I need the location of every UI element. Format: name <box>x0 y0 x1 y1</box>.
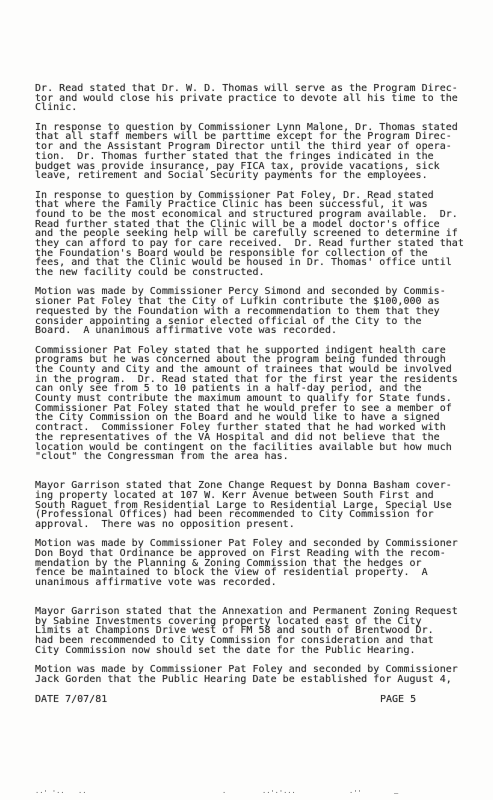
scan-artifact: – <box>394 789 398 797</box>
document-body: Dr. Read stated that Dr. W. D. Thomas wi… <box>35 84 469 705</box>
footer-page-number: PAGE 5 <box>380 695 416 705</box>
paragraph-motion-hearing-date: Motion was made by Commissioner Pat Fole… <box>35 665 469 684</box>
scan-artifact: ·'' <box>349 789 362 797</box>
scanned-minutes-page: Dr. Read stated that Dr. W. D. Thomas wi… <box>0 0 493 800</box>
paragraph-annexation: Mayor Garrison stated that the Annexatio… <box>35 607 469 656</box>
paragraph-motion-first-reading: Motion was made by Commissioner Pat Fole… <box>35 539 469 588</box>
paragraph-clinic-director: Dr. Read stated that Dr. W. D. Thomas wi… <box>35 84 469 113</box>
page-footer: DATE 7/07/81 PAGE 5 <box>35 695 469 705</box>
scan-artifact: · <box>222 789 226 797</box>
paragraph-foley-concerns: Commissioner Pat Foley stated that he su… <box>35 346 469 462</box>
paragraph-foley-question: In response to question by Commissioner … <box>35 191 469 278</box>
scan-artifact: ··' '·· <box>35 789 65 797</box>
paragraph-staffing: In response to question by Commissioner … <box>35 123 469 181</box>
footer-date: DATE 7/07/81 <box>35 694 107 705</box>
scan-artifact-marks: ··' '·· ·· · ··'·'··· ·'' – <box>0 789 493 797</box>
paragraph-zone-change: Mayor Garrison stated that Zone Change R… <box>35 481 469 530</box>
scan-artifact: ·· <box>78 789 86 797</box>
scan-artifact: ··'·'··· <box>262 789 296 797</box>
paragraph-motion-contribution: Motion was made by Commissioner Percy Si… <box>35 287 469 336</box>
